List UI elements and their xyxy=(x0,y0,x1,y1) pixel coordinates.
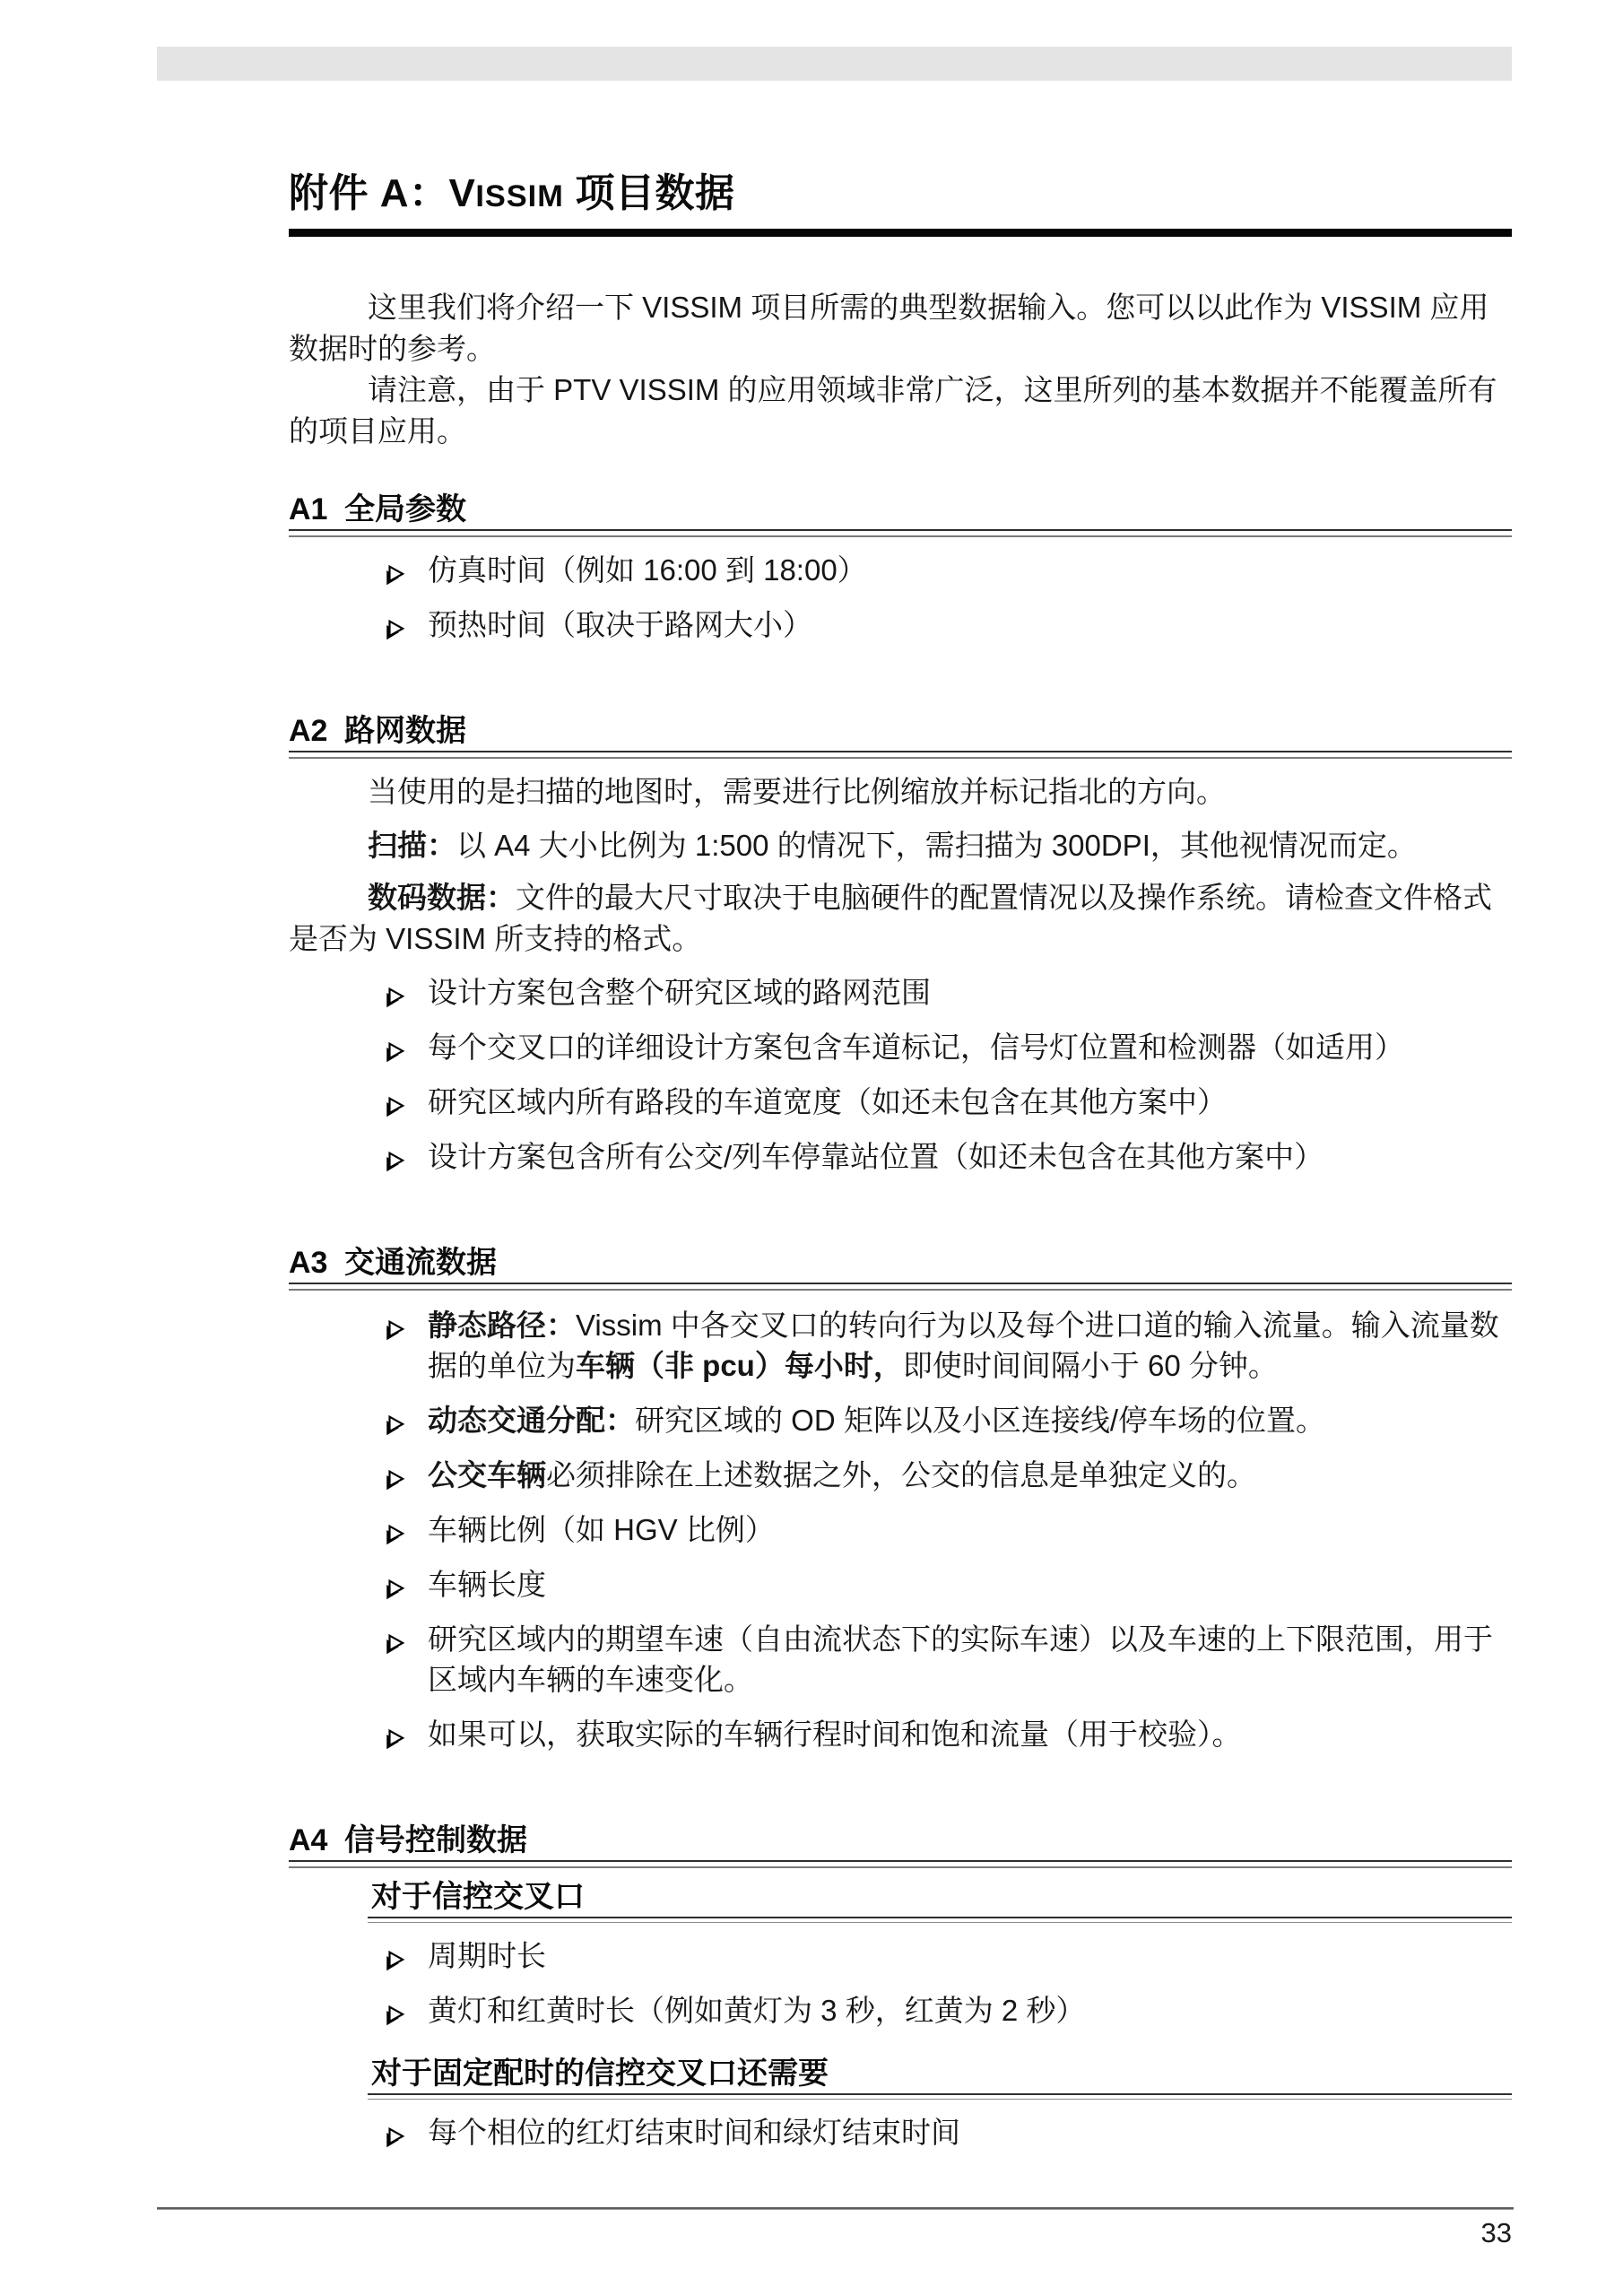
list-item: 车辆长度 xyxy=(289,1564,1512,1605)
sub-heading: 对于固定配时的信控交叉口还需要 xyxy=(289,2057,1512,2090)
heading-rule xyxy=(289,529,1512,537)
section-a2: A2路网数据 当使用的是扫描的地图时，需要进行比例缩放并标记指北的方向。 扫描：… xyxy=(289,715,1512,1177)
list-item: 车辆比例（如 HGV 比例） xyxy=(289,1509,1512,1550)
bullet-arrow-icon xyxy=(384,1721,407,1744)
list-item-text: 设计方案包含所有公交/列车停靠站位置（如还未包含在其他方案中） xyxy=(428,1140,1324,1173)
list-item: 黄灯和红黄时长（例如黄灯为 3 秒，红黄为 2 秒） xyxy=(289,1990,1512,2031)
section-a4: A4信号控制数据 对于信控交叉口 周期时长 黄灯和红黄时长（例如黄灯为 3 秒，… xyxy=(289,1824,1512,2152)
page-title: 附件 A：VISSIM 项目数据 xyxy=(289,170,1512,220)
list-item: 预热时间（取决于路网大小） xyxy=(289,604,1512,645)
list-item-text: 动态交通分配：研究区域的 OD 矩阵以及小区连接线/停车场的位置。 xyxy=(428,1404,1325,1437)
list-item: 研究区域内的期望车速（自由流状态下的实际车速）以及车速的上下限范围，用于区域内车… xyxy=(289,1619,1512,1700)
list-item-text: 周期时长 xyxy=(428,1939,546,1972)
bullet-arrow-icon xyxy=(384,1517,407,1540)
list-item: 周期时长 xyxy=(289,1935,1512,1976)
list-item-text: 设计方案包含整个研究区域的路网范围 xyxy=(428,976,931,1009)
section-a1: A1全局参数 仿真时间（例如 16:00 到 18:00） 预热时间（取决于路网… xyxy=(289,493,1512,645)
list-item: 设计方案包含整个研究区域的路网范围 xyxy=(289,972,1512,1013)
bullet-arrow-icon xyxy=(384,1407,407,1431)
bullet-list: 设计方案包含整个研究区域的路网范围 每个交叉口的详细设计方案包含车道标记，信号灯… xyxy=(289,972,1512,1177)
list-item: 公交车辆必须排除在上述数据之外，公交的信息是单独定义的。 xyxy=(289,1455,1512,1495)
bullet-arrow-icon xyxy=(384,1144,407,1167)
section-number: A2 xyxy=(289,715,344,747)
list-item-text: 仿真时间（例如 16:00 到 18:00） xyxy=(428,553,867,587)
section-a3: A3交通流数据 静态路径：Vissim 中各交叉口的转向行为以及每个进口道的输入… xyxy=(289,1247,1512,1754)
list-item: 研究区域内所有路段的车道宽度（如还未包含在其他方案中） xyxy=(289,1082,1512,1122)
list-item-text: 车辆长度 xyxy=(428,1568,546,1601)
bullet-arrow-icon xyxy=(384,557,407,580)
list-item: 仿真时间（例如 16:00 到 18:00） xyxy=(289,550,1512,590)
bullet-arrow-icon xyxy=(384,1089,407,1112)
section-heading-text: 信号控制数据 xyxy=(344,1823,527,1857)
bullet-arrow-icon xyxy=(384,979,407,1003)
bullet-arrow-icon xyxy=(384,1571,407,1595)
list-item-text: 如果可以，获取实际的车辆行程时间和饱和流量（用于校验）。 xyxy=(428,1718,1242,1751)
heading-rule xyxy=(289,751,1512,759)
list-item: 动态交通分配：研究区域的 OD 矩阵以及小区连接线/停车场的位置。 xyxy=(289,1400,1512,1440)
list-item: 如果可以，获取实际的车辆行程时间和饱和流量（用于校验）。 xyxy=(289,1714,1512,1754)
section-heading: A1全局参数 xyxy=(289,493,1512,526)
bullet-list: 仿真时间（例如 16:00 到 18:00） 预热时间（取决于路网大小） xyxy=(289,550,1512,645)
title-rule xyxy=(289,229,1512,237)
section-number: A4 xyxy=(289,1824,344,1857)
list-item: 每个相位的红灯结束时间和绿灯结束时间 xyxy=(289,2112,1512,2152)
bullet-arrow-icon xyxy=(384,1626,407,1649)
bullet-arrow-icon xyxy=(384,1034,407,1057)
section-heading: A4信号控制数据 xyxy=(289,1824,1512,1857)
bullet-list: 静态路径：Vissim 中各交叉口的转向行为以及每个进口道的输入流量。输入流量数… xyxy=(289,1305,1512,1754)
bullet-arrow-icon xyxy=(384,1462,407,1485)
sub-heading-rule xyxy=(368,2093,1512,2100)
list-item: 每个交叉口的详细设计方案包含车道标记，信号灯位置和检测器（如适用） xyxy=(289,1027,1512,1067)
list-item-text: 研究区域内所有路段的车道宽度（如还未包含在其他方案中） xyxy=(428,1085,1227,1118)
bullet-arrow-icon xyxy=(384,1312,407,1335)
intro-paragraph: 这里我们将介绍一下 VISSIM 项目所需的典型数据输入。您可以以此作为 VIS… xyxy=(289,287,1512,370)
bullet-arrow-icon xyxy=(384,612,407,635)
list-item-text: 预热时间（取决于路网大小） xyxy=(428,608,812,641)
body-paragraph: 扫描：以 A4 大小比例为 1:500 的情况下，需扫描为 300DPI，其他视… xyxy=(289,825,1512,866)
intro-block: 这里我们将介绍一下 VISSIM 项目所需的典型数据输入。您可以以此作为 VIS… xyxy=(289,287,1512,452)
list-item: 设计方案包含所有公交/列车停靠站位置（如还未包含在其他方案中） xyxy=(289,1136,1512,1177)
bullet-list: 每个相位的红灯结束时间和绿灯结束时间 xyxy=(289,2112,1512,2152)
list-item-text: 公交车辆必须排除在上述数据之外，公交的信息是单独定义的。 xyxy=(428,1458,1256,1492)
document-page: { "title": { "runs": [ {"t": "附件 A：V"}, … xyxy=(0,0,1623,2296)
list-item-text: 每个交叉口的详细设计方案包含车道标记，信号灯位置和检测器（如适用） xyxy=(428,1031,1404,1064)
body-paragraph: 当使用的是扫描的地图时，需要进行比例缩放并标记指北的方向。 xyxy=(289,771,1512,813)
list-item-text: 每个相位的红灯结束时间和绿灯结束时间 xyxy=(428,2116,960,2149)
sub-heading-rule xyxy=(368,1917,1512,1923)
top-header-bar xyxy=(157,47,1512,81)
section-heading-text: 路网数据 xyxy=(344,714,466,748)
list-item-text: 静态路径：Vissim 中各交叉口的转向行为以及每个进口道的输入流量。输入流量数… xyxy=(428,1309,1499,1382)
section-heading-text: 交通流数据 xyxy=(344,1246,497,1280)
bullet-arrow-icon xyxy=(384,1997,407,2021)
section-number: A1 xyxy=(289,493,344,526)
page-number: 33 xyxy=(289,2217,1512,2249)
intro-paragraph: 请注意，由于 PTV VISSIM 的应用领域非常广泛，这里所列的基本数据并不能… xyxy=(289,370,1512,452)
sub-heading: 对于信控交叉口 xyxy=(289,1881,1512,1913)
page-content: 附件 A：VISSIM 项目数据 这里我们将介绍一下 VISSIM 项目所需的典… xyxy=(289,170,1512,2167)
section-heading: A2路网数据 xyxy=(289,715,1512,747)
footer-rule xyxy=(157,2207,1514,2210)
body-paragraph: 数码数据：文件的最大尺寸取决于电脑硬件的配置情况以及操作系统。请检查文件格式是否… xyxy=(289,877,1512,960)
list-item-text: 黄灯和红黄时长（例如黄灯为 3 秒，红黄为 2 秒） xyxy=(428,1994,1085,2027)
list-item-text: 研究区域内的期望车速（自由流状态下的实际车速）以及车速的上下限范围，用于区域内车… xyxy=(428,1622,1493,1696)
bullet-list: 周期时长 黄灯和红黄时长（例如黄灯为 3 秒，红黄为 2 秒） xyxy=(289,1935,1512,2031)
section-heading: A3交通流数据 xyxy=(289,1247,1512,1279)
bullet-arrow-icon xyxy=(384,1943,407,1966)
bullet-arrow-icon xyxy=(384,2119,407,2143)
section-number: A3 xyxy=(289,1247,344,1279)
heading-rule xyxy=(289,1860,1512,1868)
list-item: 静态路径：Vissim 中各交叉口的转向行为以及每个进口道的输入流量。输入流量数… xyxy=(289,1305,1512,1386)
heading-rule xyxy=(289,1283,1512,1291)
section-heading-text: 全局参数 xyxy=(344,492,466,526)
list-item-text: 车辆比例（如 HGV 比例） xyxy=(428,1513,775,1546)
